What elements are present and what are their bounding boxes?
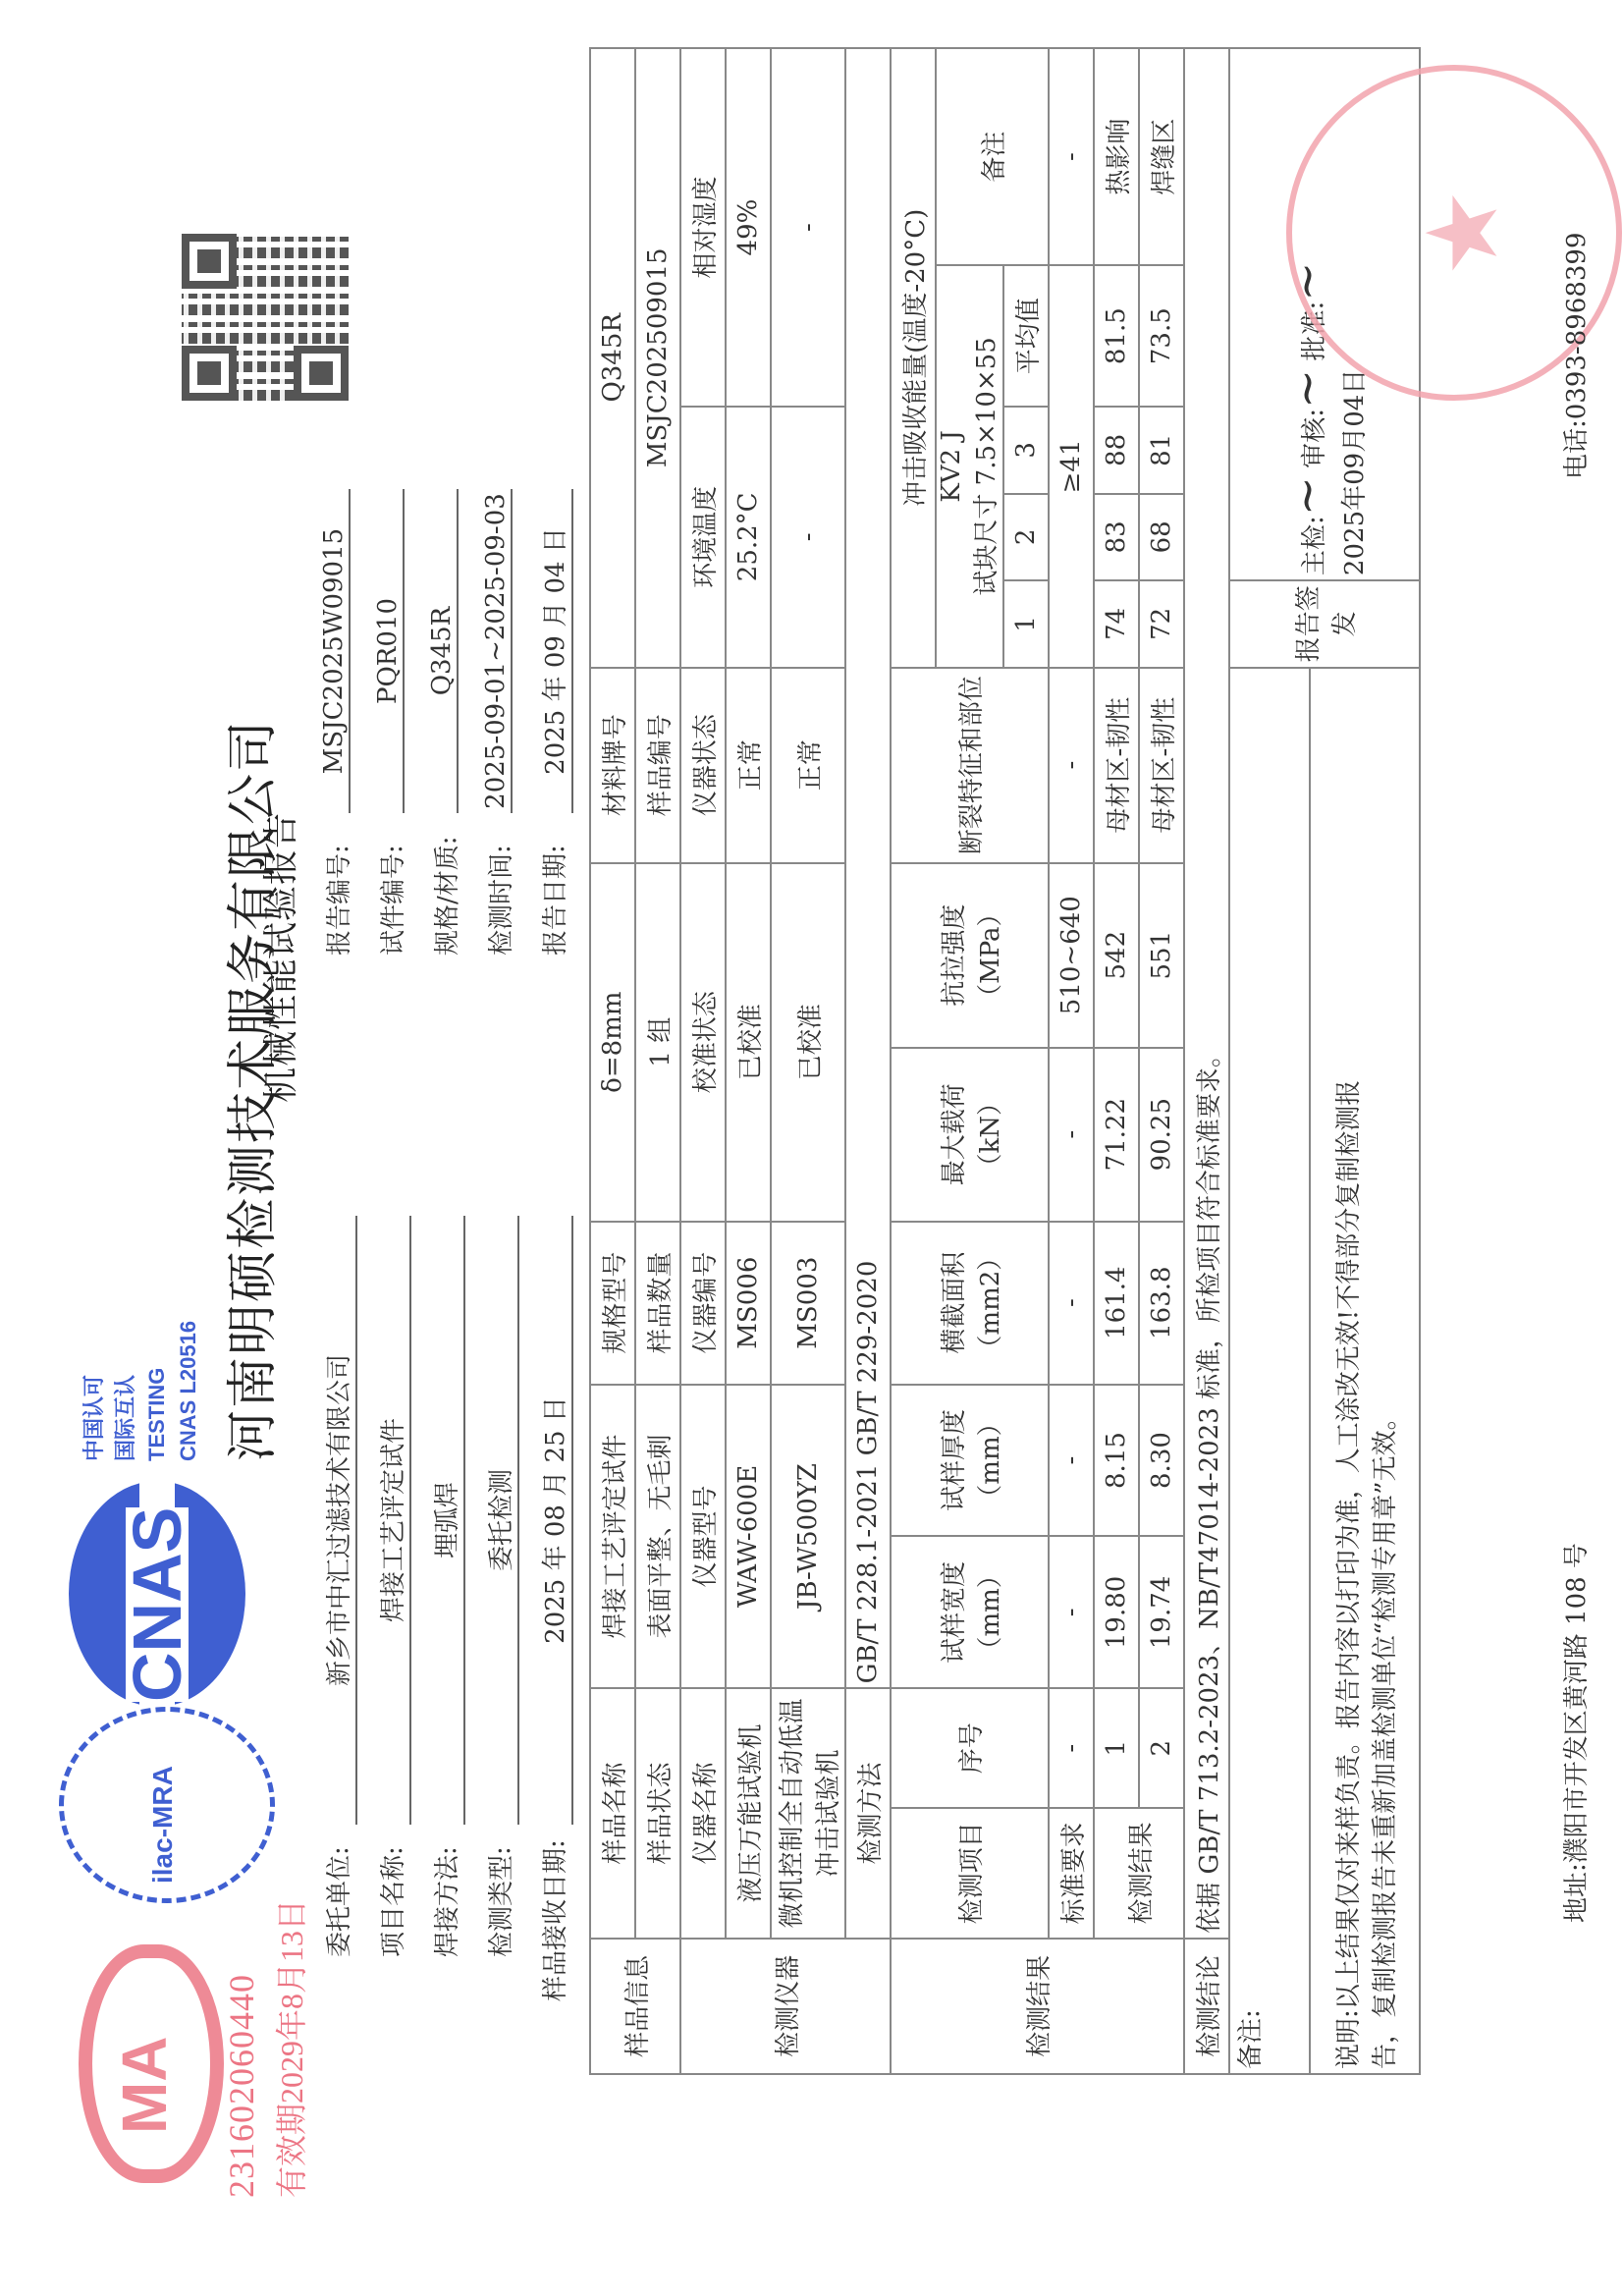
cell: 88 (1094, 407, 1139, 493)
cell: WAW-600E (726, 1385, 771, 1689)
cell: 平均值 (1003, 265, 1049, 407)
instrument-row-1: 液压万能试验机 WAW-600E MS006 已校准 正常 25.2°C 49% (726, 48, 771, 2074)
cell: MS003 (771, 1222, 845, 1385)
cell: 551 (1139, 863, 1184, 1048)
statement-cell: 说明:以上结果仅对来样负责。报告内容以打印为准，人工涂改无效!不得部分复制检测报… (1310, 668, 1420, 2074)
method-label: 检测方法 (845, 1688, 891, 1938)
cell: - (1049, 1385, 1094, 1537)
instruments-section: 检测仪器 (680, 1939, 891, 2074)
test-type-label: 检测类型: (481, 1846, 517, 1957)
cell: 542 (1094, 863, 1139, 1048)
cell: 液压万能试验机 (726, 1688, 771, 1938)
conclusion-text: 依据 GB/T 713.2-2023、NB/T47014-2023 标准，所检项… (1184, 48, 1229, 1939)
cell: ≥41 (1049, 265, 1094, 667)
conclusion-row: 检测结论 依据 GB/T 713.2-2023、NB/T47014-2023 标… (1184, 48, 1229, 2074)
cell: 焊接工艺评定试件 (590, 1385, 635, 1689)
cell: 焊缝区 (1139, 48, 1184, 265)
cell: 检测结果 (1094, 1808, 1184, 1939)
cell: Q345R (590, 48, 635, 668)
cell: 8.15 (1094, 1385, 1139, 1537)
sample-row-2: 样品状态 表面平整、无毛刺 样品数量 1 组 样品编号 MSJC20250901… (635, 48, 680, 2074)
cell: - (1049, 48, 1094, 265)
cnas-line-1: 中国认可 (79, 1321, 110, 1461)
cell: δ=8mm (590, 863, 635, 1222)
cell: 试样宽度（mm） (891, 1536, 1049, 1688)
cell: 冲击吸收能量(温度-20°C) (891, 48, 936, 668)
cell: 序号 (891, 1688, 1049, 1808)
cell: 25.2°C (726, 407, 771, 667)
ilac-label: ilac-MRA (147, 1766, 179, 1884)
cell: 1 组 (635, 863, 680, 1222)
test-period-value: 2025-09-01~2025-09-03 (481, 489, 513, 813)
cell: 母材区-韧性 (1139, 668, 1184, 863)
cell: 正常 (726, 668, 771, 863)
report-table: 样品信息 样品名称 焊接工艺评定试件 规格型号 δ=8mm 材料牌号 Q345R… (589, 47, 1421, 2075)
instrument-row-2: 微机控制全自动低温冲击试验机 JB-W500YZ MS003 已校准 正常 - … (771, 48, 845, 2074)
cnas-reg-no: CNAS L20516 (173, 1321, 204, 1461)
cell: 1 (1094, 1688, 1139, 1808)
cell: 510~640 (1049, 863, 1094, 1048)
reviewer-signature: ~ (1279, 369, 1334, 409)
inspector-label: 主检: (1300, 516, 1329, 575)
cell: KV2 J试块尺寸 7.5×10×55 (936, 265, 1003, 667)
ilac-mra-logo-icon: ilac-MRA (59, 1707, 275, 1903)
cell: 1 (1003, 580, 1049, 667)
cma-cert-number: 231602060440 (221, 1974, 262, 2198)
cell: 83 (1094, 494, 1139, 580)
cell: 母材区-韧性 (1094, 668, 1139, 863)
cnas-caption: 中国认可 国际互认 TESTING CNAS L20516 (79, 1321, 204, 1461)
cnas-testing: TESTING (141, 1321, 173, 1461)
cnas-mark: CNAS (126, 1507, 189, 1702)
receive-date-label: 样品接收日期: (535, 1839, 571, 2001)
cell: 49% (726, 48, 771, 407)
reviewer-label: 审核: (1300, 409, 1329, 468)
cma-stamp: MA 231602060440 有效期2029年8月13日 (10, 1908, 334, 2203)
result-header-row-1: 检测结果 检测项目 序号 试样宽度（mm） 试样厚度（mm） 横截面积（mm2）… (891, 48, 936, 2074)
cell: 标准要求 (1049, 1808, 1094, 1939)
cell: 81 (1139, 407, 1184, 493)
cell: 81.5 (1094, 265, 1139, 407)
welding-method-label: 焊接方法: (427, 1846, 463, 1957)
report-date-label: 报告日期: (535, 845, 571, 956)
cell: 已校准 (726, 863, 771, 1222)
specimen-no-value: PQR010 (373, 489, 405, 813)
cell: - (1049, 1048, 1094, 1222)
cell: 微机控制全自动低温冲击试验机 (771, 1688, 845, 1938)
cell: 备注 (936, 48, 1049, 265)
conclusion-label: 检测结论 (1184, 1939, 1229, 2074)
cell: 抗拉强度（MPa） (891, 863, 1049, 1048)
welding-method-value: 埋弧焊 (427, 1216, 465, 1825)
report-no-value: MSJC2025W09015 (319, 489, 351, 813)
client-value: 新乡市中汇过滤技术有限公司 (319, 1216, 357, 1825)
cell: - (771, 48, 845, 407)
remarks-label: 备注: (1236, 2009, 1266, 2069)
test-type-value: 委托检测 (481, 1216, 519, 1825)
test-period-label: 检测时间: (481, 845, 517, 956)
footer-address: 地址:濮阳市开发区黄河路 108 号 (1556, 1543, 1593, 1923)
cell: 90.25 (1139, 1048, 1184, 1222)
cell: MSJC202509015 (635, 48, 680, 668)
qr-code-icon[interactable] (182, 234, 349, 401)
cell: 163.8 (1139, 1222, 1184, 1385)
cell: 8.30 (1139, 1385, 1184, 1537)
receive-date-value: 2025 年 08 月 25 日 (535, 1216, 573, 1825)
cnas-line-2: 国际互认 (110, 1321, 141, 1461)
cell: 已校准 (771, 863, 845, 1222)
cell: 样品数量 (635, 1222, 680, 1385)
cell: 热影响 (1094, 48, 1139, 265)
project-value: 焊接工艺评定试件 (373, 1216, 411, 1825)
table-row: 检测结果 1 19.80 8.15 161.4 71.22 542 母材区-韧性… (1094, 48, 1139, 2074)
cell: 仪器状态 (680, 668, 726, 863)
cell: 161.4 (1094, 1222, 1139, 1385)
cell: 19.80 (1094, 1536, 1139, 1688)
cell: 72 (1139, 580, 1184, 667)
cnas-logo-icon: CNAS (69, 1481, 245, 1707)
impact-size: 试块尺寸 7.5×10×55 (972, 337, 1001, 595)
cell: 材料牌号 (590, 668, 635, 863)
signoff-label: 报告签发 (1229, 580, 1420, 667)
cell: 仪器型号 (680, 1385, 726, 1689)
cell: - (1049, 1222, 1094, 1385)
inspector-signature: ~ (1279, 476, 1334, 516)
report-title: 机械性能试验报告 (253, 812, 303, 1103)
cell: - (771, 407, 845, 667)
cell: - (1049, 1536, 1094, 1688)
specimen-no-label: 试件编号: (373, 845, 409, 956)
cell: MS006 (726, 1222, 771, 1385)
remarks-cell: 备注: (1229, 668, 1310, 2074)
statement-label: 说明: (1334, 2009, 1364, 2069)
cell: 仪器编号 (680, 1222, 726, 1385)
cell: JB-W500YZ (771, 1385, 845, 1689)
footer-phone: 电话:0393-8968399 (1556, 232, 1593, 479)
cell: 规格型号 (590, 1222, 635, 1385)
cell: 68 (1139, 494, 1184, 580)
spec-material-value: Q345R (427, 489, 459, 813)
instrument-header-row: 检测仪器 仪器名称 仪器型号 仪器编号 校准状态 仪器状态 环境温度 相对湿度 (680, 48, 726, 2074)
cell: 2 (1139, 1688, 1184, 1808)
statement-line-2: 告，复制检测报告未重新加盖检测单位“检测专用章”无效。 (1371, 1404, 1400, 2069)
cma-valid-until: 有效期2029年8月13日 (267, 1899, 312, 2198)
cell: 正常 (771, 668, 845, 863)
cell: 73.5 (1139, 265, 1184, 407)
report-no-label: 报告编号: (319, 845, 355, 956)
report-date-value: 2025 年 09 月 04 日 (535, 489, 573, 813)
remarks-and-signoff: 备注: 报告签发 主检:~ 审核:~ 批准:~ 2025年09月04日 (1229, 48, 1310, 2074)
project-label: 项目名称: (373, 1846, 409, 1957)
method-row: 检测方法 GB/T 228.1-2021 GB/T 229-2020 (845, 48, 891, 2074)
cell: 样品编号 (635, 668, 680, 863)
client-label: 委托单位: (319, 1846, 355, 1957)
cell: 最大载荷（kN） (891, 1048, 1049, 1222)
sample-row-1: 样品信息 样品名称 焊接工艺评定试件 规格型号 δ=8mm 材料牌号 Q345R (590, 48, 635, 2074)
cell: 校准状态 (680, 863, 726, 1222)
cell: 试样厚度（mm） (891, 1385, 1049, 1537)
standard-row: 标准要求 - - - - - 510~640 - ≥41 - (1049, 48, 1094, 2074)
cell: 样品名称 (590, 1688, 635, 1938)
cell: 样品状态 (635, 1688, 680, 1938)
statement-line-1: 以上结果仅对来样负责。报告内容以打印为准，人工涂改无效!不得部分复制检测报 (1334, 1080, 1364, 2009)
cell: 检测项目 (891, 1808, 1049, 1939)
cell: 74 (1094, 580, 1139, 667)
cell: 3 (1003, 407, 1049, 493)
cell: 71.22 (1094, 1048, 1139, 1222)
cma-mark: MA (108, 2036, 181, 2134)
report-page: MA 231602060440 有效期2029年8月13日 ilac-MRA C… (0, 0, 1623, 2296)
cell: - (1049, 1688, 1094, 1808)
method-value: GB/T 228.1-2021 GB/T 229-2020 (845, 48, 891, 1688)
cell: 相对湿度 (680, 48, 726, 407)
cell: 表面平整、无毛刺 (635, 1385, 680, 1689)
cell: - (1049, 668, 1094, 863)
cell: 环境温度 (680, 407, 726, 667)
impact-unit: KV2 J (937, 430, 966, 502)
cell: 横截面积（mm2） (891, 1222, 1049, 1385)
table-row: 2 19.74 8.30 163.8 90.25 551 母材区-韧性 72 6… (1139, 48, 1184, 2074)
cell: 仪器名称 (680, 1688, 726, 1938)
spec-material-label: 规格/材质: (427, 836, 463, 956)
cell: 断裂特征和部位 (891, 668, 1049, 863)
results-section: 检测结果 (891, 1939, 1184, 2074)
cell: 19.74 (1139, 1536, 1184, 1688)
cell: 2 (1003, 494, 1049, 580)
sample-info-section: 样品信息 (590, 1939, 680, 2074)
